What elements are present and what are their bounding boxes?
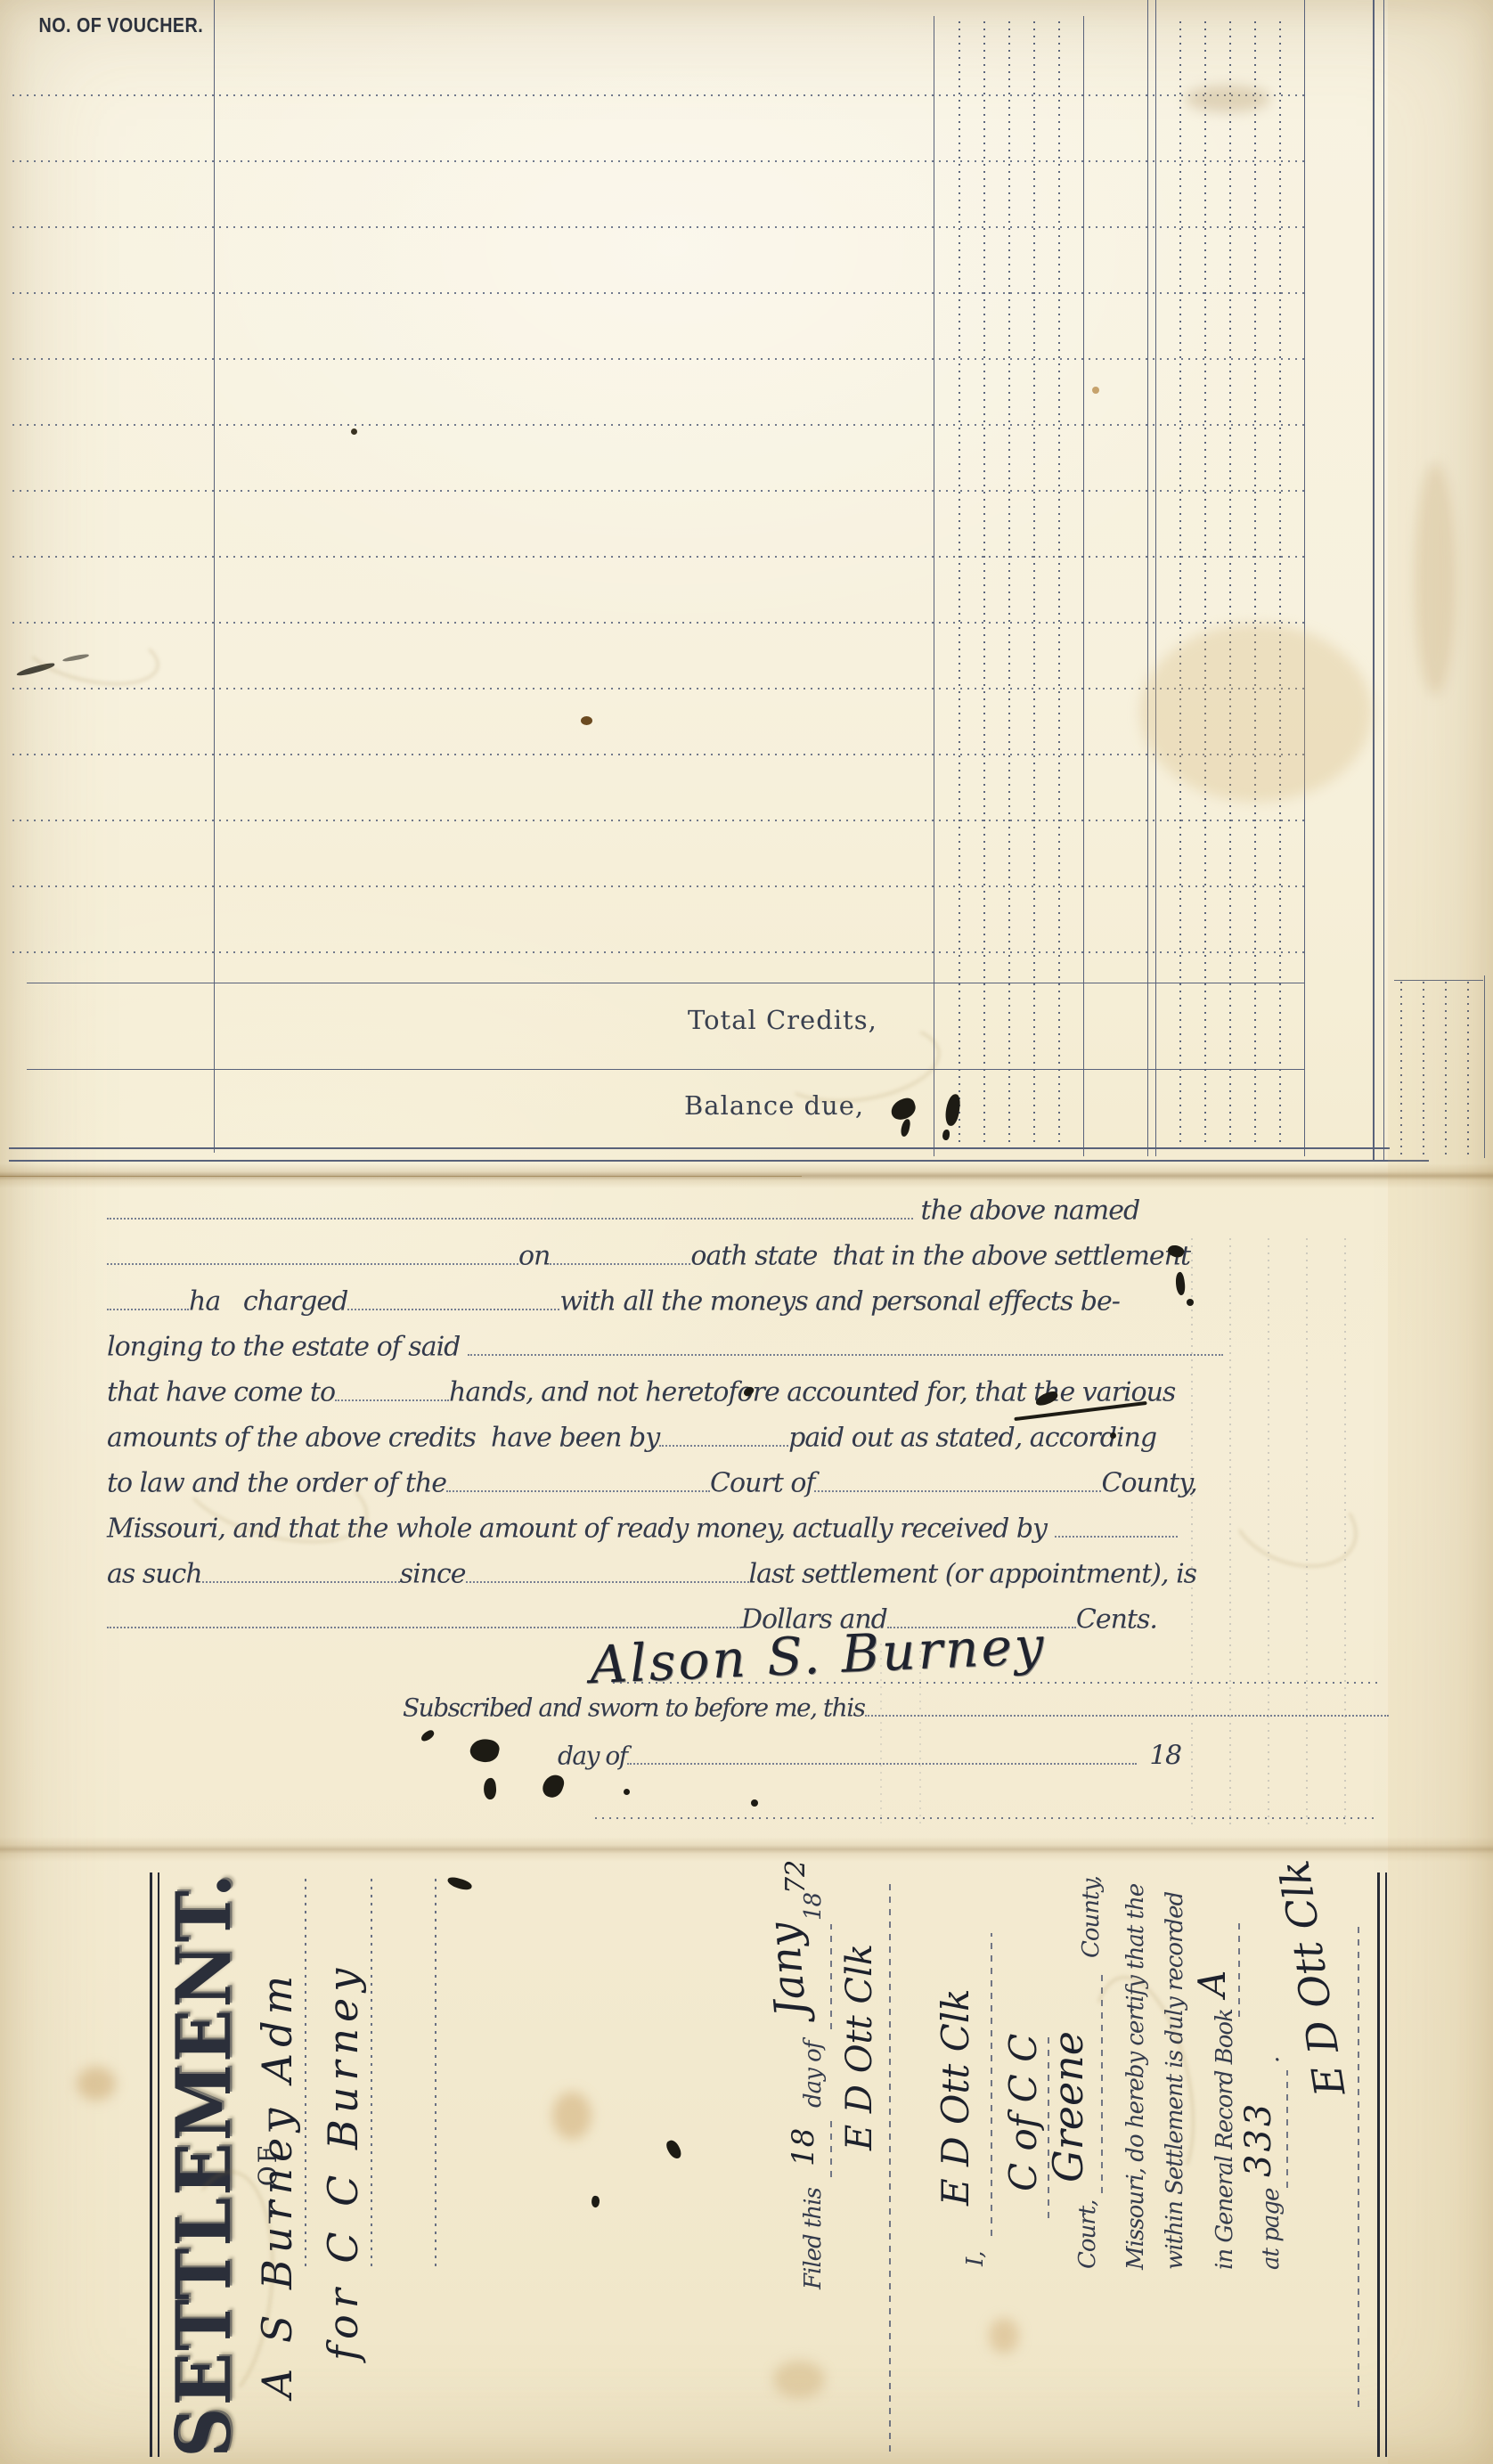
facing-page-row-line [1394,980,1483,981]
balance-due-label: Balance due, [684,1090,864,1121]
affidavit-text: Cents. [1076,1604,1157,1636]
ink-blot [624,1789,630,1795]
blank-line [1055,1510,1178,1538]
money-column-dotted-line [959,21,960,1154]
paper-stain [1415,463,1456,695]
facing-page-dotted-line [1467,982,1469,1156]
name-rule [305,1874,306,2266]
cert-clerk-handwriting: E D Ott Clk [934,1988,977,2206]
ink-blot [900,1118,910,1137]
ledger-row-line [12,556,1304,558]
cert-court: Court, [1074,2200,1101,2269]
affidavit-text: day of [558,1742,627,1771]
printed-year-prefix: 18 [1149,1741,1180,1772]
voucher-column-header: NO. OF VOUCHER. [36,14,207,38]
blank-line [202,1555,400,1583]
panel-top-rule [150,1872,159,2457]
bleed-dotted-line [1306,1238,1308,1826]
record-book-handwriting: A [1190,1970,1234,1997]
party-name-handwriting: for C C Burney [319,1962,367,2361]
ledger-row-line [12,820,1304,821]
money-column-dotted-line [1204,21,1206,1154]
final-signature-rule [1358,1926,1359,2407]
facing-page-dotted-line [1423,982,1424,1156]
affidavit-text: the above named [921,1195,1140,1227]
blank-line [627,1739,1137,1765]
pencil-mark [16,662,55,677]
affidavit-line: as suchsincelast settlement (or appointm… [107,1555,1196,1590]
ink-blot [1174,1271,1187,1295]
ledger-row-line [12,424,1304,426]
ledger-row-line [12,688,1304,689]
affidavit-text: Missouri, and that the whole amount of r… [107,1513,1047,1545]
affidavit-text: last settlement (or appointment), is [749,1559,1197,1590]
ink-blot [1110,1432,1116,1439]
ledger-row-line [12,292,1304,294]
panel-bottom-rule [1377,1872,1387,2457]
cert-county: County, [1078,1876,1105,1958]
filed-blank-rule [830,2120,832,2177]
ink-blot [665,2138,683,2160]
blank-line [659,1419,788,1447]
money-column-dotted-line [1033,21,1035,1154]
bleed-ghost [1219,1459,1370,1584]
blank-line [814,1465,1101,1492]
blank-line [107,1601,741,1628]
bleed-dotted-line [1229,1238,1231,1826]
bleed-dotted-line [1344,1238,1346,1826]
ink-blot [751,1799,758,1807]
blank-line [347,1283,559,1310]
facing-page-dotted-line [1400,982,1402,1156]
settlement-title: SETTLEMENT. [160,1869,248,2460]
ink-blot [942,1130,950,1140]
affidavit-line: that have come tohands, and not heretofo… [107,1374,1175,1408]
cert-line: in General Record Book [1212,2009,1238,2270]
ink-blot [420,1729,436,1743]
clerk-signature-handwriting: E D Ott Clk [839,1944,880,2150]
money-column-dotted-line [983,21,985,1154]
ink-blot [446,1876,473,1891]
cert-line: Missouri, do hereby certify that the [1122,1884,1149,2270]
money-column-dotted-line [1279,21,1281,1154]
blank-line [446,1465,710,1492]
filed-mid: day of [800,2042,827,2108]
ledger-row-line [12,94,1304,96]
fold-crease-line [0,1176,802,1177]
facing-page-dotted-line [1445,982,1447,1156]
money-column-dotted-line [1229,21,1231,1154]
party-name-handwriting: A S Burney Adm [253,1970,301,2398]
money-column-dotted-line [1254,21,1256,1154]
paper-stain [1185,86,1270,112]
filed-signature-rule [889,1878,891,2452]
money-column-border-line [934,16,934,1156]
totals-row-line [27,983,1304,983]
blank-line [107,1283,189,1310]
affidavit-text: longing to the estate of said [107,1332,460,1363]
voucher-column-divider-line [214,0,215,1153]
blank-line [466,1555,749,1583]
county-handwriting: Greene [1044,2031,1092,2183]
affidavit-text: that have come to [107,1377,335,1408]
affidavit-text: hands, and not heretofore accounted for,… [449,1377,1175,1408]
filed-day-handwriting: 18 [786,2128,821,2166]
affidavit-text: paid out as stated, according [788,1423,1156,1454]
affidavit-line: longing to the estate of said [107,1328,1223,1363]
affidavit-text: Court of [710,1468,814,1499]
affidavit-line: Missouri, and that the whole amount of r… [107,1510,1178,1545]
name-rule [371,1874,372,2266]
affidavit-text: ha charged [189,1286,347,1318]
cert-line: at page [1258,2189,1285,2270]
filed-blank-rule [830,1924,832,2029]
filed-month-handwriting: Jany [758,1921,816,2019]
cert-i: I, [962,2251,989,2266]
ledger-row-line [12,490,1304,492]
stain-spot [1092,387,1099,394]
affidavit-text: oath state that in the above settlement [690,1241,1190,1272]
money-column-border-line [1083,16,1084,1156]
cert-period: . [1258,2057,1285,2063]
ink-blot [541,1772,567,1800]
ink-blot [888,1096,918,1122]
bleed-dotted-line [1268,1238,1269,1826]
signature-rule [613,1682,1377,1684]
name-rule [435,1874,436,2266]
money-column-border-line [1304,0,1305,1156]
jurat-date-line: day of 18 [558,1739,1181,1772]
cert-line: within Settlement is duly recorded [1162,1892,1188,2270]
table-bottom-rule [9,1160,1429,1162]
total-credits-label: Total Credits, [688,1005,877,1035]
affidavit-line: amounts of the above credits have been b… [107,1419,1156,1454]
paper-stain [1140,624,1372,802]
fold-crease [0,1837,1493,1862]
blank-line [107,1192,913,1220]
affidavit-text: County, [1101,1468,1196,1499]
blank-line [865,1691,1389,1717]
filed-prefix: Filed this [800,2188,827,2289]
cert-blank-rule [991,1933,992,2236]
affidavit-text: since [400,1559,466,1590]
ledger-row-line [12,358,1304,360]
ledger-row-line [12,160,1304,162]
ledger-row-line [12,226,1304,228]
money-column-dotted-line [1008,21,1010,1154]
document-page: NO. OF VOUCHER. Total Credits, Balance d… [0,0,1493,2464]
paper-stain [77,2067,116,2101]
money-column-dotted-line [1058,21,1060,1154]
page-number-handwriting: 333 [1238,2101,1279,2177]
ink-blot [469,1736,502,1765]
blank-line [550,1237,690,1265]
ink-blot [591,2195,600,2207]
affidavit-line: the above named [107,1192,1139,1227]
cert-blank-rule [1101,1972,1103,2193]
totals-row-line [27,1069,1304,1070]
jurat-line: Subscribed and sworn to before me, this [403,1691,1389,1723]
affidavit-text: to law and the order of the [107,1468,446,1499]
stain-spot [581,716,592,725]
pencil-mark [62,653,89,662]
paper-stain [552,2092,591,2140]
affidavit-text: Subscribed and sworn to before me, this [403,1693,865,1723]
filed-year-prefix: 18 [800,1893,827,1921]
cert-blank-rule [1286,2070,1288,2188]
bleed-dotted-line [1191,1238,1193,1826]
affidavit-text: with all the moneys and personal effects… [559,1286,1120,1318]
facing-page-edge-line [1484,975,1485,1158]
paper-stain [989,2318,1019,2354]
filed-year-handwriting: 72 [780,1860,812,1894]
blank-line [107,1237,518,1265]
filing-panel: SETTLEMENT. — OF — A S Burney Adm for C … [134,1869,1393,2460]
cert-title-handwriting: C of C C [1001,2034,1045,2191]
cert-blank-rule [1238,1919,1240,2017]
stain-spot [351,428,357,435]
ink-blot [1187,1299,1194,1306]
affidavit-text: amounts of the above credits have been b… [107,1423,659,1454]
money-column-dotted-line [1179,21,1181,1154]
affidavit-text: on [518,1241,550,1272]
blank-line [468,1328,1223,1356]
ink-blot [483,1777,497,1799]
affidavit-line: onoath state that in the above settlemen… [107,1237,1190,1272]
blank-line [335,1374,449,1401]
affidavit-text: as such [107,1559,202,1590]
ledger-row-line [12,885,1304,887]
ledger-row-line [12,754,1304,755]
notary-signature-rule [595,1817,1377,1819]
page-edge-rule [1373,0,1375,1160]
affidavit-line: ha chargedwith all the moneys and person… [107,1283,1120,1318]
affidavit-line: to law and the order of theCourt ofCount… [107,1465,1197,1499]
page-edge-rule [1383,0,1384,1160]
table-bottom-rule [9,1147,1390,1149]
ledger-row-line [12,622,1304,624]
page-right-margin [1388,0,1493,2464]
ledger-row-line [12,951,1304,953]
